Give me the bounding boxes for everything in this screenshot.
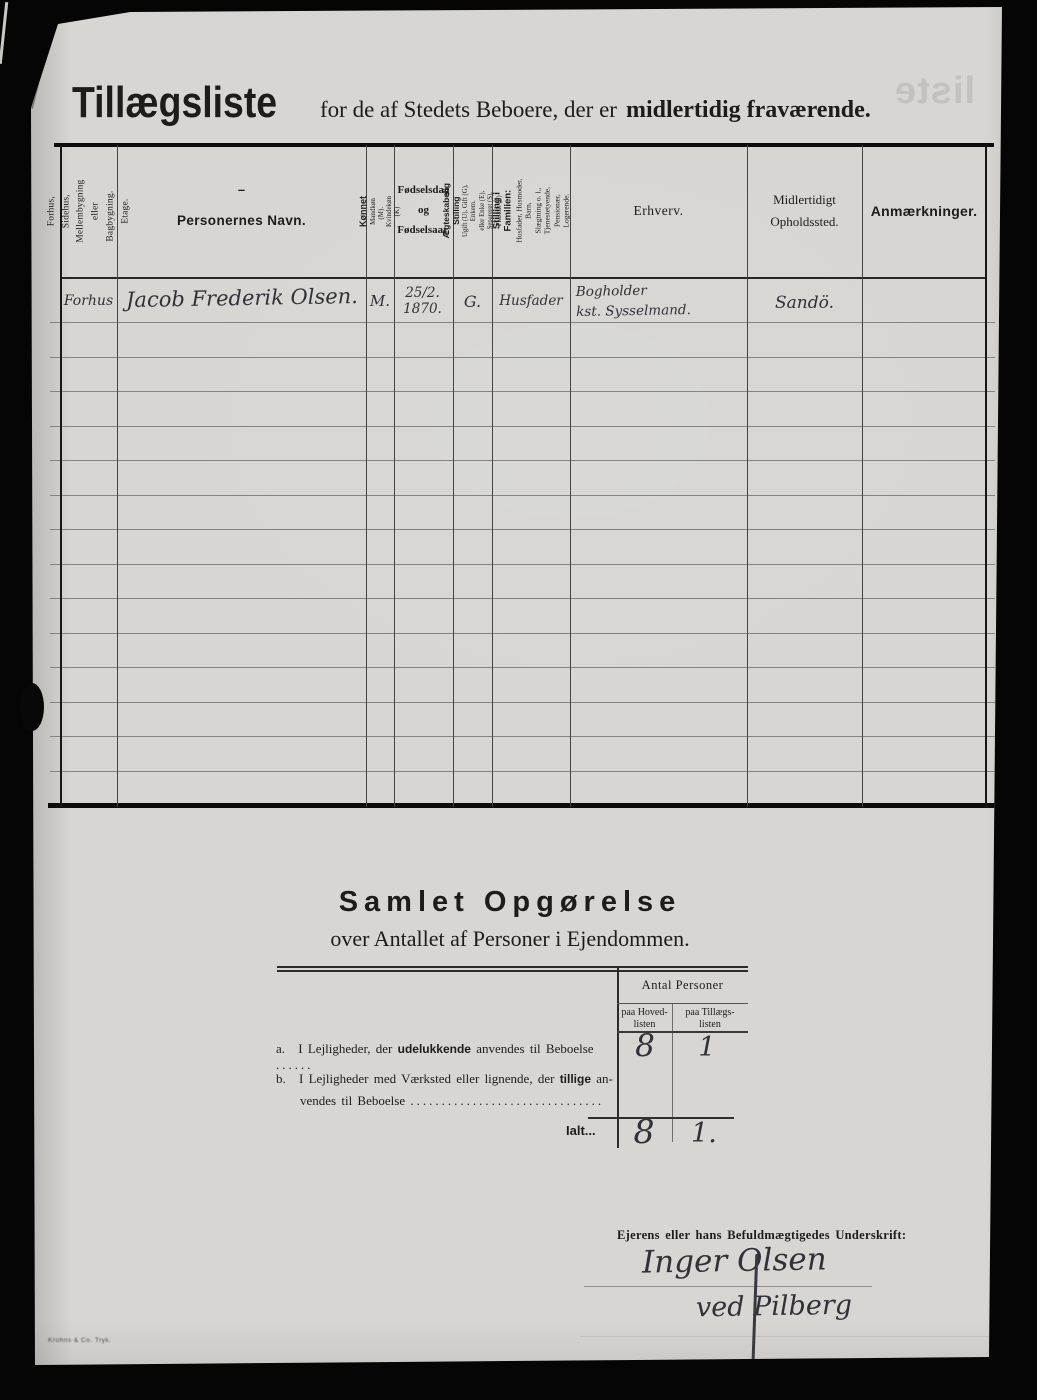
summary-row-a-suppl-value: 1 (692, 1032, 722, 1063)
table-header-separator (60, 277, 987, 279)
row-a-marker: a. (276, 1041, 285, 1056)
summary-total-main-value: 8 (626, 1112, 662, 1151)
table-row-line (50, 322, 995, 323)
summary-total-label: Ialt... (566, 1123, 596, 1138)
table-bottom-border (48, 803, 998, 808)
entry-building: Forhus (60, 284, 117, 318)
table-row-line (50, 771, 995, 772)
table-row-line (50, 564, 995, 565)
page-title-main: Tillægsliste (72, 78, 274, 128)
summary-col-group: Antal Personer (617, 978, 748, 993)
header-family-position: Stilling i Familien: Husfader, Husmoder,… (492, 147, 570, 275)
page-title-emphasis: midlertidig fraværende. (626, 97, 871, 124)
header-residence: Midlertidigt Opholdssted. (747, 147, 862, 275)
entry-sex: M. (366, 284, 394, 318)
summary-rule (277, 966, 748, 968)
table-row-line (50, 702, 995, 703)
table-row-line (50, 633, 995, 634)
summary-total-suppl-value: 1. (686, 1118, 722, 1149)
page-title-middle: for de af Stedets Beboere, der er (320, 97, 617, 123)
entry-marital: G. (453, 284, 492, 318)
header-name: – Personernes Navn. (117, 141, 366, 269)
summary-table-left-line (617, 966, 619, 1148)
header-remarks: Anmærkninger. (862, 147, 986, 275)
page-curl-line (29, 43, 44, 104)
table-row-line (50, 529, 995, 530)
summary-group-underline (617, 1003, 748, 1004)
table-row-line (50, 460, 995, 461)
summary-row-a: a. I Lejligheder, der udelukkende anvend… (276, 1041, 616, 1073)
signature-label: Ejerens eller hans Befuldmægtigedes Unde… (617, 1228, 906, 1243)
entry-residence: Sandö. (747, 288, 862, 318)
summary-row-a-main-value: 8 (628, 1028, 662, 1064)
header-sex: Kønnet Mandkøn (M). Kvindekøn (K) (366, 147, 394, 275)
ghost-bleedthrough-text: liste (869, 70, 975, 113)
signature-annotation: ved Pilberg (696, 1290, 853, 1324)
summary-col-suppl: paa Tillægs- listen (672, 1007, 748, 1031)
binding-bump (20, 683, 44, 731)
summary-rule (277, 970, 748, 972)
signature-name: Inger Olsen (642, 1241, 827, 1280)
table-row-line (50, 495, 995, 496)
summary-heading: Samlet Opgørelse (280, 886, 740, 919)
header-building: Forhus, Sidehus, Mellembygning eller Bag… (60, 147, 117, 275)
table-row-line (50, 667, 995, 668)
scan-edge-streak (0, 2, 8, 64)
header-marital: Ægteskabelig Stilling Ugift (U), Gift (G… (453, 147, 492, 275)
entry-name: Jacob Frederik Olsen. (126, 284, 358, 312)
faint-fold-line (580, 1336, 990, 1337)
table-row-line (50, 357, 995, 358)
paper-sheet: liste Tillægsliste for de af Stedets Beb… (0, 0, 1037, 1400)
summary-row-b: b. I Lejligheder med Værksted eller lign… (276, 1071, 621, 1109)
name-dash: – (238, 182, 245, 197)
signature-line (584, 1286, 872, 1287)
row-b-marker: b. (276, 1071, 286, 1086)
table-row-line (50, 426, 995, 427)
table-row-line (50, 736, 995, 737)
entry-birth: 25/2. 1870. (392, 284, 453, 318)
table-row-line (50, 391, 995, 392)
page-title: Tillægsliste for de af Stedets Beboere, … (72, 78, 871, 128)
scanned-census-page: { "page": { "title": { "main": "Tillægsl… (0, 0, 1037, 1400)
summary-subheading: over Antallet af Personer i Ejendommen. (280, 926, 740, 952)
page-curl-line (31, 27, 53, 109)
printer-mark: Krohns & Co. Tryk. (48, 1337, 112, 1344)
header-occupation: Erhverv. (570, 147, 747, 275)
entry-family: Husfader (492, 284, 570, 318)
entry-occupation: Bogholder kst. Sysselmand. (576, 280, 691, 322)
table-row-line (50, 598, 995, 599)
